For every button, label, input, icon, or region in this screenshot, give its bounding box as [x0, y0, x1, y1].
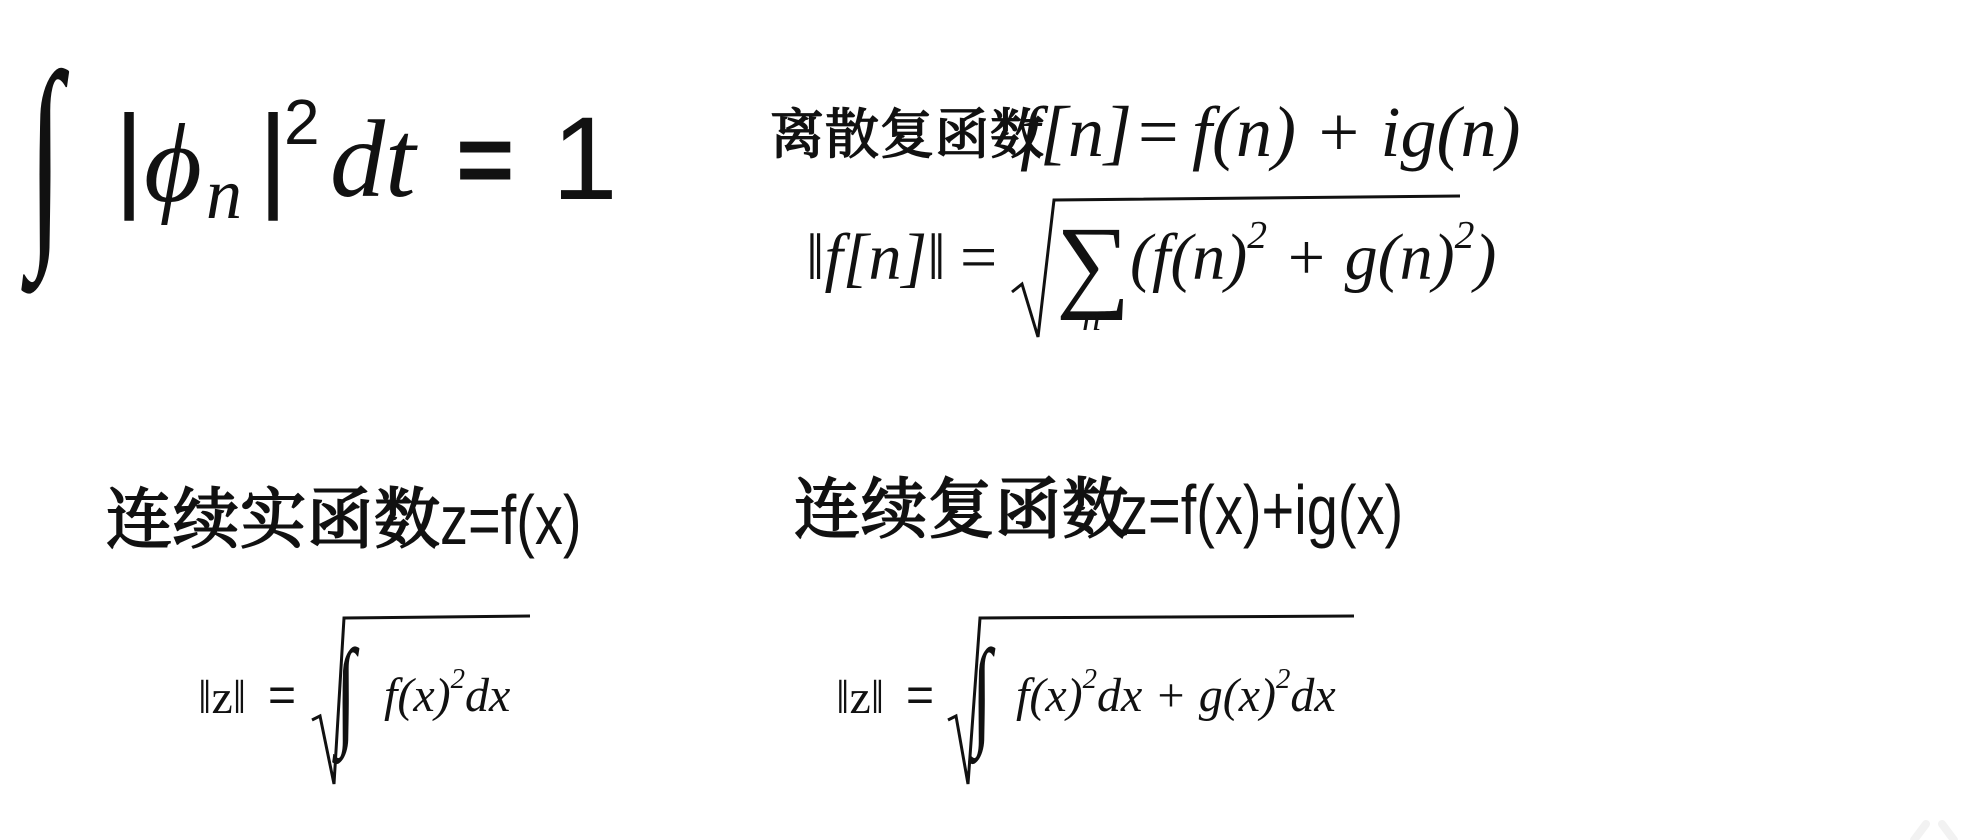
- integral-sign-large: ∫: [28, 40, 63, 270]
- complex-norm-lhs: ‖z‖: [836, 670, 884, 726]
- equals-sign: =: [456, 110, 514, 210]
- sup-1: 2: [1083, 663, 1097, 695]
- sup-1: 2: [1247, 212, 1267, 256]
- body-dx: dx: [1290, 669, 1335, 722]
- sum-index: n: [1082, 298, 1101, 338]
- body-f: f(x): [384, 669, 451, 722]
- sup-2: 2: [1455, 212, 1475, 256]
- discrete-definition-rhs: f(n) + ig(n): [1192, 92, 1521, 172]
- phi-subscript: n: [206, 158, 242, 230]
- complex-norm-eq: =: [906, 668, 934, 724]
- body-part-2: + g(n): [1267, 221, 1455, 294]
- body-f: f(x): [1016, 669, 1083, 722]
- body-dx: dx: [465, 669, 510, 722]
- discrete-norm-eq: =: [960, 218, 997, 298]
- continuous-real-label: 连续实函数: [106, 480, 441, 560]
- real-norm-lhs: ‖z‖: [198, 670, 246, 726]
- body-dx-plus-g: dx + g(x): [1097, 669, 1276, 722]
- continuous-real-definition: z=f(x): [440, 480, 582, 560]
- discrete-norm-lhs: ‖f[n]‖: [806, 218, 946, 298]
- discrete-definition-lhs: f[n]: [1020, 92, 1132, 172]
- complex-integral-sign: ∫: [972, 632, 992, 752]
- discrete-definition-eq: =: [1138, 92, 1179, 172]
- sup-2: 2: [451, 663, 465, 695]
- sup-2: 2: [1276, 663, 1290, 695]
- body-part-1: (f(n): [1130, 221, 1247, 294]
- discrete-complex-label: 离散复函数: [770, 105, 1045, 165]
- power-two: 2: [284, 90, 320, 154]
- rhs-one: 1: [552, 100, 618, 218]
- real-integral-sign: ∫: [336, 632, 356, 752]
- logo-watermark-icon: [1904, 818, 1964, 840]
- continuous-complex-label: 连续复函数: [794, 470, 1129, 550]
- complex-norm-body: f(x)2dx + g(x)2dx: [1016, 668, 1336, 724]
- phi-symbol: ϕ: [144, 108, 202, 220]
- body-part-3: ): [1474, 221, 1496, 294]
- differential-dt: dt: [330, 104, 416, 214]
- continuous-complex-definition: z=f(x)+ig(x): [1120, 470, 1403, 550]
- real-norm-body: f(x)2dx: [384, 668, 510, 724]
- abs-bar-open: |: [114, 98, 144, 214]
- discrete-norm-body: (f(n)2 + g(n)2): [1130, 218, 1496, 298]
- real-norm-eq: =: [268, 668, 296, 724]
